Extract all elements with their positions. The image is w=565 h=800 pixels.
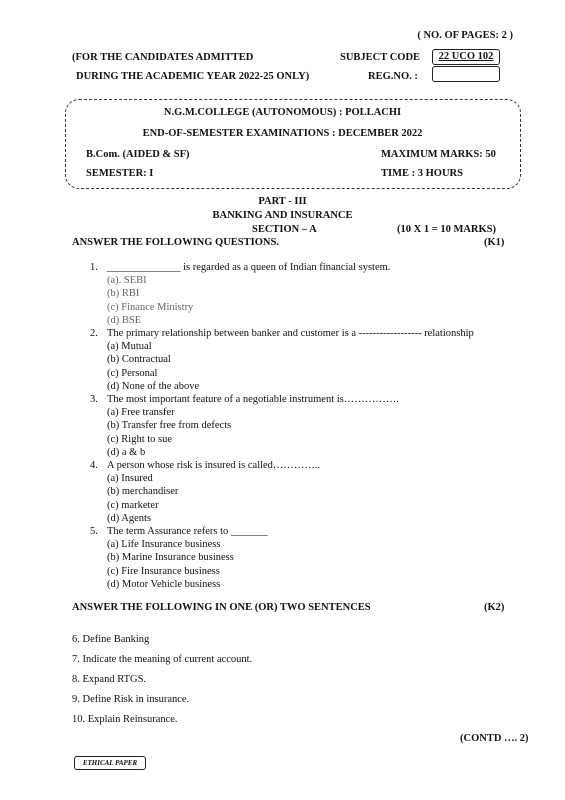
section-a-level: (K1) xyxy=(484,237,504,248)
question-text: A person whose risk is insured is called… xyxy=(107,460,320,471)
short-question: 6. Define Banking xyxy=(72,634,149,645)
answer-option: (a). SEBI xyxy=(107,275,147,286)
question-number: 4. xyxy=(90,460,98,471)
semester: SEMESTER: I xyxy=(86,168,153,179)
answer-option: (b) Marine Insurance business xyxy=(107,552,234,563)
ethical-paper-badge: ETHICAL PAPER xyxy=(74,756,146,770)
answer-option: (a) Mutual xyxy=(107,341,152,352)
answer-option: (c) Finance Ministry xyxy=(107,302,193,313)
short-question: 8. Expand RTGS. xyxy=(72,674,146,685)
course-name: B.Com. (AIDED & SF) xyxy=(86,149,190,160)
section-b-instruction: ANSWER THE FOLLOWING IN ONE (OR) TWO SEN… xyxy=(72,602,371,613)
answer-option: (a) Insured xyxy=(107,473,153,484)
subject-code-label: SUBJECT CODE xyxy=(340,52,420,63)
short-question: 7. Indicate the meaning of current accou… xyxy=(72,654,252,665)
section-b-level: (K2) xyxy=(484,602,504,613)
answer-option: (a) Life Insurance business xyxy=(107,539,220,550)
candidates-line-1: (FOR THE CANDIDATES ADMITTED xyxy=(72,52,253,63)
answer-option: (d) BSE xyxy=(107,315,141,326)
short-question: 10. Explain Reinsurance. xyxy=(72,714,178,725)
candidates-line-2: DURING THE ACADEMIC YEAR 2022-25 ONLY) xyxy=(76,71,309,82)
subject-code-box: 22 UCO 102 xyxy=(432,49,500,65)
answer-option: (d) a & b xyxy=(107,447,145,458)
part-heading: PART - III xyxy=(0,196,565,207)
answer-option: (d) Motor Vehicle business xyxy=(107,579,220,590)
continued-note: (CONTD …. 2) xyxy=(460,733,529,744)
question-number: 2. xyxy=(90,328,98,339)
reg-no-label: REG.NO. : xyxy=(368,71,418,82)
answer-option: (c) Personal xyxy=(107,368,157,379)
page-count: ( NO. OF PAGES: 2 ) xyxy=(417,30,513,41)
answer-option: (c) Right to sue xyxy=(107,434,172,445)
answer-option: (a) Free transfer xyxy=(107,407,175,418)
answer-option: (d) None of the above xyxy=(107,381,199,392)
reg-no-box xyxy=(432,66,500,82)
short-question: 9. Define Risk in insurance. xyxy=(72,694,189,705)
section-a-marks: (10 X 1 = 10 MARKS) xyxy=(397,224,496,235)
question-text: The most important feature of a negotiab… xyxy=(107,394,399,405)
answer-option: (c) Fire Insurance business xyxy=(107,566,220,577)
answer-option: (b) Contractual xyxy=(107,354,171,365)
section-a-title: SECTION – A xyxy=(252,224,317,235)
answer-option: (b) RBI xyxy=(107,288,139,299)
answer-option: (d) Agents xyxy=(107,513,151,524)
question-text: The term Assurance refers to _______ xyxy=(107,526,268,537)
answer-option: (b) merchandiser xyxy=(107,486,178,497)
question-text: ______________ is regarded as a queen of… xyxy=(107,262,390,273)
subject-title: BANKING AND INSURANCE xyxy=(0,210,565,221)
answer-option: (c) marketer xyxy=(107,500,159,511)
question-number: 1. xyxy=(90,262,98,273)
section-a-instruction: ANSWER THE FOLLOWING QUESTIONS. xyxy=(72,237,279,248)
question-number: 3. xyxy=(90,394,98,405)
college-name: N.G.M.COLLEGE (AUTONOMOUS) : POLLACHI xyxy=(0,107,565,118)
question-text: The primary relationship between banker … xyxy=(107,328,474,339)
exam-duration: TIME : 3 HOURS xyxy=(381,168,463,179)
maximum-marks: MAXIMUM MARKS: 50 xyxy=(381,149,496,160)
exam-title: END-OF-SEMESTER EXAMINATIONS : DECEMBER … xyxy=(0,128,565,139)
question-number: 5. xyxy=(90,526,98,537)
answer-option: (b) Transfer free from defects xyxy=(107,420,231,431)
